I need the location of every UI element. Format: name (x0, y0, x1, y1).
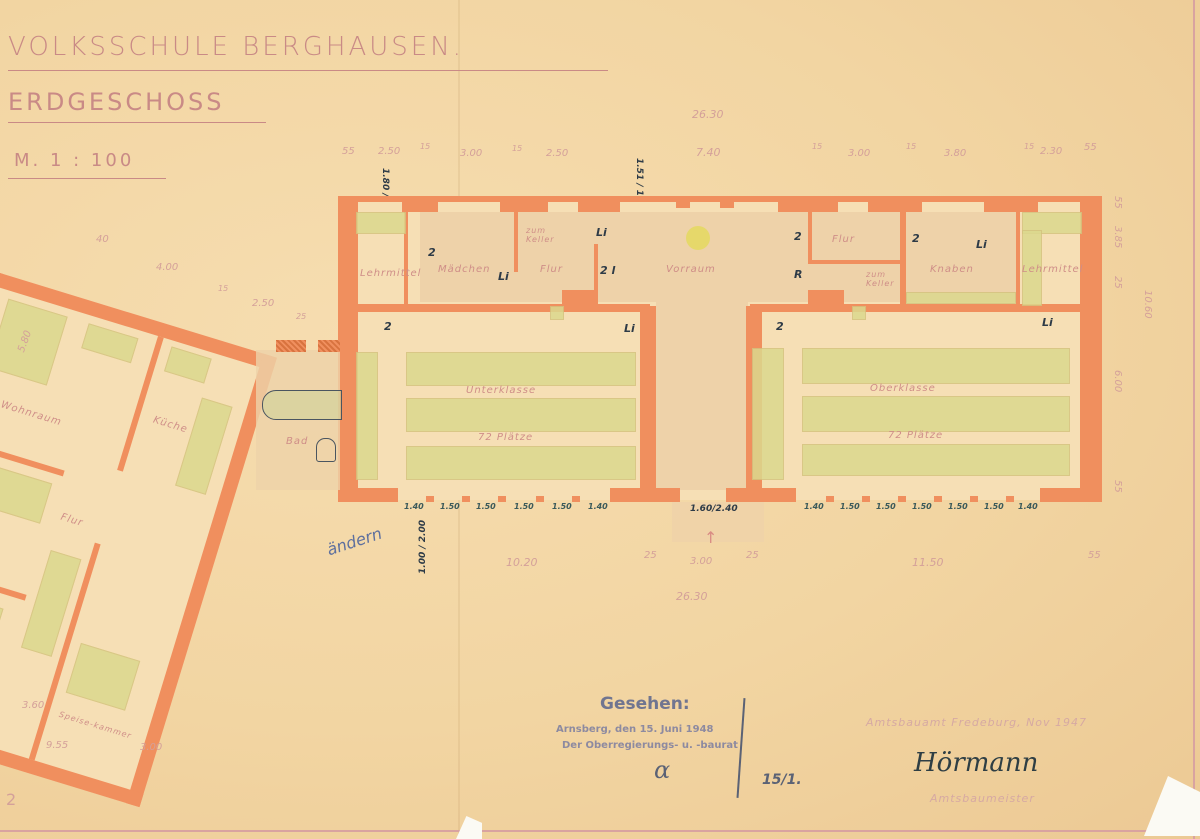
shelf (356, 212, 406, 234)
door-mark: Li (596, 226, 607, 239)
signature-title: Amtsbaumeister (930, 792, 1035, 805)
window-mullion (898, 496, 906, 502)
seat-count: 72 Plätze (478, 432, 533, 443)
window-mullion (498, 496, 506, 502)
door-mark: Li (624, 322, 635, 335)
window-label: 1.40 (588, 502, 608, 511)
room-label-keller-right: zum Keller (866, 270, 906, 288)
window-label: 1.50 (876, 502, 896, 511)
dim-top: 3.00 (848, 148, 870, 159)
dim-top: 55 (1084, 142, 1097, 153)
dim-right: 55 (1112, 480, 1123, 493)
room-label-knaben: Knaben (930, 264, 974, 275)
overall-dimension-top: 26.30 (692, 108, 724, 121)
window-label: 1.40 (804, 502, 824, 511)
window-label: 1.50 (948, 502, 968, 511)
dim-top: 15 (512, 144, 522, 153)
dim-top: 3.00 (460, 148, 482, 159)
hatched-wall (276, 340, 306, 352)
wall-pier (676, 196, 690, 208)
stove-icon (686, 226, 710, 250)
wall-interior (356, 304, 650, 312)
window-label: 1.50 (840, 502, 860, 511)
room-label-bad: Bad (286, 436, 308, 447)
dim-wing: 3.60 (22, 700, 44, 711)
dim-right: 3.85 (1112, 226, 1123, 248)
door-mark: 2 (428, 246, 436, 259)
wall-south-pier (610, 488, 680, 502)
door-mark: 2 (776, 320, 784, 333)
drawing-title: VOLKSSCHULE BERGHAUSEN. (8, 32, 464, 62)
door-mark: R (794, 268, 802, 281)
dim-bottom: 3.00 (690, 556, 712, 567)
room-label-maedchen: Mädchen (438, 264, 490, 275)
window-label: 1.40 (1018, 502, 1038, 511)
wall-pier (984, 196, 1038, 212)
teacher-platform (356, 352, 378, 480)
door-mark: 2 l (600, 264, 615, 277)
approval-signature: ɑ (654, 756, 670, 784)
alteration-dims: 1.00 / 2.00 (418, 520, 428, 574)
wall-interior (808, 260, 904, 264)
wall-interior (808, 212, 812, 260)
wall-pier (720, 196, 734, 208)
window-label: 1.40 (404, 502, 424, 511)
window-label: 1.50 (912, 502, 932, 511)
scale-underline (8, 178, 166, 179)
scale-label: M. 1 : 100 (14, 150, 134, 171)
dim-right: 25 (1112, 276, 1123, 289)
dim-wing: 2.50 (252, 298, 274, 309)
window-mullion (826, 496, 834, 502)
wall-west (338, 196, 358, 500)
window-mullion (1006, 496, 1014, 502)
door-mark: 2 (384, 320, 392, 333)
dim-right: 6.00 (1112, 370, 1123, 392)
approval-stamp-date: Arnsberg, den 15. Juni 1948 (556, 724, 714, 735)
dim-top: 3.80 (944, 148, 966, 159)
door-mark: 2 (912, 232, 920, 245)
wall-south-pier (726, 488, 796, 502)
door-mark: Li (1042, 316, 1053, 329)
window-mullion (572, 496, 580, 502)
window-mullion (970, 496, 978, 502)
door-mark: Li (976, 238, 987, 251)
window-mullion (934, 496, 942, 502)
window-mullion (462, 496, 470, 502)
approval-heading: Gesehen: (600, 694, 690, 714)
toilet-icon (316, 438, 336, 462)
dim-bottom: 11.50 (912, 556, 944, 569)
dim-wing: 9.55 (46, 740, 68, 751)
desk-row (406, 446, 636, 480)
dim-wing: 40 (96, 234, 109, 245)
stove (550, 306, 564, 320)
dim-top: 15 (1024, 142, 1034, 151)
dim-wing: 3.00 (140, 742, 162, 753)
window-label: 1.50 (476, 502, 496, 511)
dim-top: 15 (812, 142, 822, 151)
sheet-number: 2 (6, 790, 16, 809)
wall-pier (402, 196, 438, 212)
room-label-flur-right: Flur (832, 234, 855, 245)
window-mullion (426, 496, 434, 502)
desk-row (802, 444, 1070, 476)
entrance-door-size: 1.60/2.40 (690, 504, 738, 514)
room-label-keller: zum Keller (526, 226, 566, 244)
window-mullion (862, 496, 870, 502)
floor-underline (8, 122, 266, 123)
dim-right: 10.60 (1142, 290, 1153, 319)
dim-top: 15 (420, 142, 430, 151)
room-label-flur: Flur (540, 264, 563, 275)
wall-east (1080, 196, 1102, 500)
architect-signature: Hörmann (914, 748, 1038, 778)
entrance-arrow-icon: ↑ (704, 528, 717, 547)
wall-interior (514, 212, 518, 272)
window-mullion (536, 496, 544, 502)
floor-title: ERDGESCHOSS (8, 88, 224, 116)
dim-top: 55 (342, 146, 355, 157)
dim-wing: 25 (296, 312, 306, 321)
issuing-office: Amtsbauamt Fredeburg, Nov 1947 (866, 716, 1087, 729)
stove (852, 306, 866, 320)
dim-wing: 15 (218, 284, 228, 293)
overall-dimension-bottom: 26.30 (676, 590, 708, 603)
chimney (562, 290, 598, 306)
room-label-vorraum: Vorraum (666, 264, 716, 275)
frame-bottom (0, 830, 1200, 832)
dim-top: 2.50 (546, 148, 568, 159)
wall-south-pier (338, 488, 398, 502)
dim-top: 7.40 (696, 146, 721, 159)
desk-row (802, 396, 1070, 432)
frame-right (1193, 0, 1195, 839)
dim-top: 2.50 (378, 146, 400, 157)
window-label: 1.50 (984, 502, 1004, 511)
dim-bottom: 55 (1088, 550, 1101, 561)
seat-count: 72 Plätze (888, 430, 943, 441)
dim-wing: 4.00 (156, 262, 178, 273)
dim-top: 2.30 (1040, 146, 1062, 157)
corridor-zone (420, 212, 1020, 302)
bathroom-stair-area (256, 350, 340, 490)
wall-south-pier (1040, 488, 1102, 502)
wall-interior (1016, 212, 1020, 306)
dim-bottom: 10.20 (506, 556, 538, 569)
wall-corridor-west (640, 306, 656, 490)
entrance-hall (656, 300, 748, 490)
title-underline (8, 70, 608, 71)
desk-row (406, 398, 636, 432)
wall-pier (868, 196, 922, 212)
wall-interior (594, 244, 598, 294)
teacher-platform (752, 348, 784, 480)
bench (906, 292, 1016, 304)
dim-right: 55 (1112, 196, 1123, 209)
room-label-lehrmittel-right: Lehrmittel (1022, 264, 1083, 275)
approval-stamp-authority: Der Oberregierungs- u. -baurat (562, 740, 738, 751)
dim-top: 15 (906, 142, 916, 151)
door-mark: 2 (794, 230, 802, 243)
hatched-wall (318, 340, 340, 352)
approval-initials: 15/1. (762, 772, 802, 788)
room-label-oberklasse: Oberklasse (870, 383, 936, 394)
wall-pier (500, 196, 548, 212)
wall-pier (578, 196, 620, 212)
window-label: 1.50 (552, 502, 572, 511)
chimney (808, 290, 844, 306)
window-label: 1.50 (440, 502, 460, 511)
desk-row (406, 352, 636, 386)
door-mark: Li (498, 270, 509, 283)
bathtub-icon (262, 390, 342, 420)
desk-row (802, 348, 1070, 384)
dim-bottom: 25 (644, 550, 657, 561)
wall-pier (778, 196, 838, 212)
window-label: 1.50 (514, 502, 534, 511)
room-label-lehrmittel: Lehrmittel (360, 268, 421, 279)
room-label-unterklasse: Unterklasse (466, 385, 536, 396)
dim-bottom: 25 (746, 550, 759, 561)
